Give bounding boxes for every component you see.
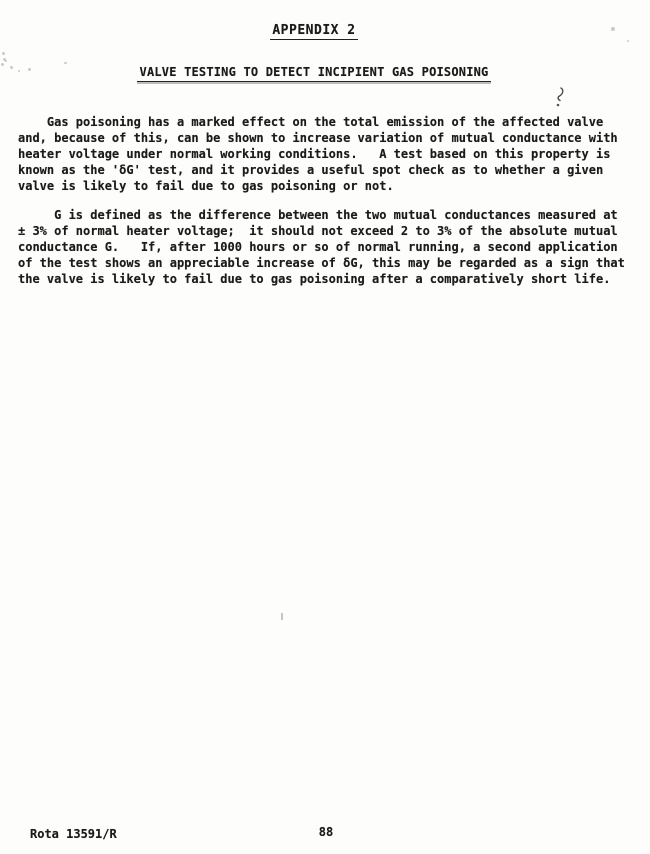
- document-reference: Rota 13591/R: [30, 827, 117, 841]
- heading-row: VALVE TESTING TO DETECT INCIPIENT GAS PO…: [0, 61, 650, 82]
- scan-speckle: [627, 40, 629, 42]
- text-line: ± 3% of normal heater voltage; it should…: [18, 223, 638, 239]
- text-line: Gas poisoning has a marked effect on the…: [18, 114, 638, 130]
- scan-speckle: [64, 62, 67, 64]
- scan-speckle: [1, 63, 4, 66]
- appendix-title: APPENDIX 2: [270, 23, 357, 40]
- page-number: 88: [296, 825, 356, 839]
- scan-speckle: [2, 52, 5, 55]
- text-line: G is defined as the difference between t…: [18, 207, 638, 223]
- ink-squiggle-icon: [552, 86, 568, 110]
- text-line: of the test shows an appreciable increas…: [18, 255, 638, 271]
- scan-speckle: [5, 60, 7, 62]
- scan-speckle: [10, 66, 13, 69]
- scanned-document-page: APPENDIX 2 VALVE TESTING TO DETECT INCIP…: [0, 0, 650, 854]
- paragraph-2: G is defined as the difference between t…: [18, 207, 638, 287]
- text-line: valve is likely to fail due to gas poiso…: [18, 178, 638, 194]
- title-row: APPENDIX 2: [0, 19, 650, 40]
- scan-speckle: [18, 70, 20, 72]
- scan-speckle: [611, 27, 615, 31]
- text-line: the valve is likely to fail due to gas p…: [18, 271, 638, 287]
- text-line: and, because of this, can be shown to in…: [18, 130, 638, 146]
- scan-speckle: [28, 68, 31, 71]
- text-line: known as the 'δG' test, and it provides …: [18, 162, 638, 178]
- text-line: heater voltage under normal working cond…: [18, 146, 638, 162]
- text-line: conductance G. If, after 1000 hours or s…: [18, 239, 638, 255]
- document-heading: VALVE TESTING TO DETECT INCIPIENT GAS PO…: [137, 65, 492, 82]
- scan-tick-mark: [281, 613, 283, 620]
- paragraph-1: Gas poisoning has a marked effect on the…: [18, 114, 638, 194]
